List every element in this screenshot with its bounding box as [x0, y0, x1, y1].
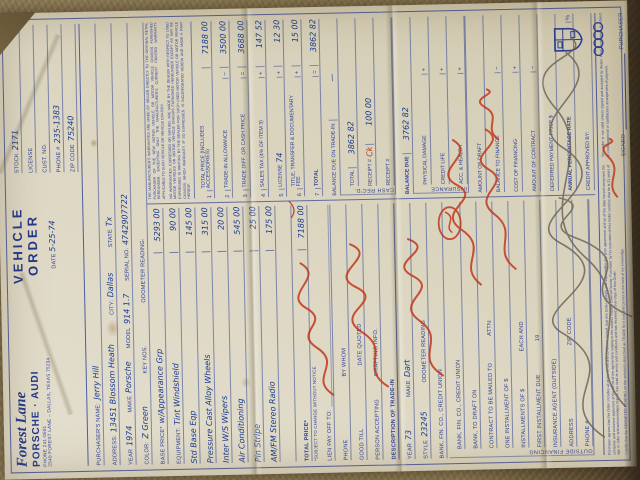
tradein-style-label: Style [423, 440, 429, 459]
tradein-style: 23245 [420, 411, 430, 437]
row-sign: − [495, 64, 501, 73]
lien-payoff-label: LIEN PAY OFF TO: [327, 410, 334, 461]
attn-label: ATTN: [487, 319, 493, 336]
balance-trade-label: Balance Due on Trade-In: [332, 122, 339, 195]
tradein-heading: DESCRIPTION OF TRADE-IN [390, 379, 398, 460]
item-amount: 20 00 [216, 207, 226, 252]
row-label: Trade-In Allowance [224, 130, 231, 188]
row-label: Title, Transfer & Documentary Fee [290, 90, 303, 186]
drafting-info-label: DRAFTING INFO. [373, 328, 380, 376]
state-value: Tx [105, 216, 114, 226]
purchaser-name-label: PURCHASER'S NAME: [96, 403, 103, 466]
row-sign: + [277, 69, 283, 78]
row-number: 4 [261, 189, 267, 197]
form-title: VEHICLE ORDER [9, 173, 42, 318]
row-amount: 3500 00 [218, 21, 228, 68]
financing-bank-label: Bank, Fin. Co., Credit Union [456, 360, 464, 450]
brand-logos [553, 22, 606, 57]
state-label: STATE [108, 229, 114, 247]
row-sign: + [295, 68, 301, 77]
form-body: BASE PRICE* w/Appearance Grp 5293 00 EQU… [144, 13, 601, 464]
purchaser-label: PURCHASER [619, 12, 626, 49]
signed-label: SIGNED [621, 134, 627, 157]
cash-row-amount [391, 110, 392, 157]
tradein-odometer-label: ODOMETER READING [421, 320, 428, 383]
blank-amount [289, 206, 290, 251]
cash-recd-group: CASH REC'D. TOTAL3862 82 Receipt #Ck100 … [338, 17, 397, 195]
address-value: 13451 Blossom Heath [107, 344, 119, 432]
tradein-year: 73 [404, 430, 413, 440]
purchaser-name-value: Jerry Hill [92, 366, 102, 400]
row-amount: 3862 82 [308, 19, 318, 66]
row-label: License [279, 164, 285, 186]
each-and-label: EACH AND [519, 321, 526, 351]
salesman-line: SALESMAN [629, 164, 640, 454]
license-note: 74 [275, 152, 284, 162]
insurance-group: INSURANCE Physical Damage+ Credit Life+ … [411, 16, 470, 194]
form-border: Forest Lane PORSCHE · AUDI PHONE 241-050… [1, 7, 630, 474]
cash-recd-label: CASH REC'D. [341, 185, 395, 195]
row-sign: + [440, 65, 446, 74]
base-price-label: BASE PRICE* [160, 426, 167, 464]
outside-financing-label: OUTSIDE FINANCING [450, 446, 594, 458]
left-column: BASE PRICE* w/Appearance Grp 5293 00 EQU… [147, 195, 600, 464]
item-amount: 175 00 [264, 206, 274, 251]
phone-label: PHONE # [56, 146, 63, 172]
receipt-row-2: Receipt # [374, 17, 396, 185]
photo-background: Forest Lane PORSCHE · AUDI PHONE 241-050… [0, 0, 640, 480]
credit-approved-label: Credit Approved By: [586, 131, 593, 190]
row-amount: 7188 00 [200, 21, 210, 68]
installments-label: INSTALLMENTS OF $ [520, 388, 527, 447]
agent-address-label: ADDRESS [569, 418, 576, 447]
first-installment-label: FIRST INSTALLMENT DUE [536, 374, 544, 447]
color-value: Z Green [140, 406, 150, 439]
color-label: COLOR: [144, 442, 150, 465]
terms-block: Purchaser agrees that this Order include… [602, 164, 640, 455]
item-desc: Inter W/S Wipers [220, 396, 231, 463]
license-label: LICENSE [28, 148, 35, 173]
year-19-label: 19 [535, 334, 541, 341]
insurance-row-label: Physical Damage [423, 135, 430, 184]
cash-row-amount: 100 00 [364, 98, 374, 145]
row-number: 7 [315, 188, 321, 196]
cost-of-financing-label: Cost of Financing [514, 139, 521, 192]
item-desc: Std Base Eqp [188, 410, 199, 463]
make-value: Porsche [123, 361, 133, 393]
total-price-amount: 7188 00 [296, 205, 306, 250]
row-sign: + [513, 64, 519, 73]
row-sign: + [422, 66, 428, 75]
odometer-label: ODOMETER READING: [140, 238, 147, 302]
tradein-bank-label: Bank, Fin. Co., Credit Union [438, 369, 446, 459]
insurance-row-label: Credit Life [442, 153, 448, 185]
year-label: YEAR [128, 449, 134, 465]
warranty-used-fineprint: NO WARRANTIES, EXPRESSED OR IMPLIED, ARE… [165, 22, 195, 200]
equipment-label: EQUIPMENT: [176, 428, 183, 464]
base-price-amount: 5293 00 [152, 208, 162, 253]
balance-trade-value: — [327, 73, 337, 120]
insurance-row-label: Acc. & Health [460, 145, 467, 184]
year-value: 1974 [125, 425, 135, 446]
insurance-row: Acc. & Health+ [447, 16, 469, 184]
amount-of-draft-label: Amount of Draft [478, 143, 485, 193]
balance-to-finance-label: Balance to Finance [496, 135, 503, 192]
row-label: Sales Tax (4% of Item 3) [260, 120, 267, 187]
row-amount: 147 52 [254, 20, 264, 67]
row-number: 3 [243, 189, 249, 197]
zip-label: ZIP CODE [70, 144, 77, 172]
item-amount: 545 00 [232, 207, 242, 252]
deferred-price-label: Deferred Payment Price $ [550, 115, 557, 191]
balance-due-value: 3762 82 [401, 107, 411, 154]
make-label: MAKE [127, 396, 133, 413]
total-price-label: TOTAL PRICE* [304, 420, 311, 461]
insurance-label: INSURANCE [414, 184, 468, 194]
city-value: Dallas [106, 272, 116, 297]
cash-row-label: TOTAL [351, 170, 357, 186]
insurance-agent-label: INSURANCE AGENT (OUTSIDE) [552, 358, 560, 447]
date-line: DATE 5-25-74 [47, 172, 59, 316]
apr-label: ANNUAL PERCENTAGE RATE [568, 117, 575, 191]
contract-label: CONTRACT TO BE MAILED TO [488, 363, 496, 449]
outside-financing-group: OUTSIDE FINANCING Bank, Fin. Co., Credit… [444, 199, 594, 458]
row-sign: − [531, 63, 537, 72]
item-desc: Air Conditioning [236, 398, 247, 462]
key-nos-label: KEY NOS. [142, 346, 149, 374]
id-box: STOCK2171 LICENSE CUST. NO. PHONE #235-1… [6, 24, 79, 173]
zip-value: 75240 [66, 116, 76, 142]
vehicle-order-document: Forest Lane PORSCHE · AUDI PHONE 241-050… [0, 0, 637, 479]
date-quoted-label: DATE QUOTED [357, 323, 364, 365]
right-column: THE MANUFACTURER'S WARRANTIES ARE MADE B… [144, 13, 596, 204]
row-number: 6 [297, 188, 303, 196]
person-accepting-label: PERSON ACCEPTING [375, 399, 382, 460]
row-amount: 3688 00 [236, 20, 246, 67]
agent-phone-label: PHONE # [585, 420, 592, 446]
porsche-crest-icon [553, 26, 584, 53]
row-sign: + [259, 69, 265, 78]
draft-bank-label: Bank, to Draft on [472, 389, 479, 448]
amount-of-contract-label: Amount of Contract [532, 130, 539, 191]
form-header: Forest Lane PORSCHE · AUDI PHONE 241-050… [6, 24, 89, 467]
warranty-new-fineprint: THE MANUFACTURER'S WARRANTIES ARE MADE B… [145, 22, 167, 199]
row-amount: 12 30 [272, 20, 282, 67]
row-sign: + [458, 65, 464, 74]
row-amount: 15 00 [290, 19, 300, 66]
item-amount: 145 00 [184, 208, 194, 253]
agent-zip-label: Zip Code [567, 317, 574, 345]
stock-value: 2171 [11, 130, 21, 151]
form-title-block: VEHICLE ORDER DATE 5-25-74 [9, 172, 59, 317]
phone-value: 235-1383 [52, 105, 62, 144]
tradein-year-label: Year [407, 443, 413, 459]
row-sign: = [313, 68, 319, 77]
cash-row-label: Receipt # [369, 159, 375, 186]
row-label: TOTAL [315, 169, 321, 186]
tradein-make: Dart [403, 360, 413, 378]
base-price-desc: w/Appearance Grp [155, 349, 166, 424]
item-amount: 315 00 [200, 207, 210, 252]
cust-no-label: CUST. NO. [42, 143, 49, 173]
row-amount [462, 16, 463, 63]
one-installment-label: ONE INSTALLMENT OF $ [504, 378, 511, 448]
equipment-first: Tint Windshield [171, 363, 182, 425]
cash-row-label: Receipt # [387, 159, 393, 186]
item-amount: 25 00 [248, 206, 258, 251]
item-desc: AM/FM Stereo Radio [268, 381, 280, 462]
by-whom-label: BY WHOM [341, 348, 348, 377]
dealer-logo-block: Forest Lane PORSCHE · AUDI PHONE 241-050… [12, 317, 53, 468]
date-label: DATE [51, 253, 57, 268]
receipt-red-note: Ck [365, 147, 374, 157]
tradein-make-label: Make [406, 380, 412, 397]
serial-value: 4742907722 [120, 194, 131, 245]
balance-due-label: BALANCE DUE [406, 156, 413, 194]
stock-label: STOCK [14, 153, 20, 173]
row-label: TOTAL PRICE (Includes Accessories) [200, 92, 213, 188]
row-sign: − [223, 70, 229, 79]
lien-phone-label: PHONE [343, 439, 349, 460]
model-label: MODEL [126, 327, 132, 348]
bottom-section: Purchaser agrees that this Order include… [595, 12, 640, 455]
address-label: ADDRESS: [112, 435, 119, 465]
signed-line: SIGNED PURCHASER [614, 12, 628, 156]
percent-sign: % [566, 14, 572, 23]
cash-row-amount: 3862 82 [346, 121, 356, 168]
audi-rings-icon [592, 22, 606, 56]
model-value: 914 1.7 [122, 294, 132, 325]
item-desc: Pressure Cast Alloy Wheels [203, 354, 215, 463]
row-label: Trade Diff. or Cash Price [242, 114, 249, 188]
good-till-label: GOOD TILL [359, 428, 366, 460]
equipment-first-amount: 90 00 [168, 208, 178, 253]
date-value: 5-25-74 [48, 220, 58, 251]
purchaser-signature-line [615, 53, 628, 130]
item-desc: Pin Stripe [253, 424, 263, 463]
row-sign: = [241, 69, 247, 78]
salesman-signature-line [629, 164, 640, 418]
row-number: 5 [279, 189, 285, 197]
serial-label: SERIAL NO. [124, 248, 131, 281]
city-label: CITY: [109, 300, 115, 315]
row-number: 2 [225, 190, 231, 198]
row-number: 1 [207, 190, 213, 198]
